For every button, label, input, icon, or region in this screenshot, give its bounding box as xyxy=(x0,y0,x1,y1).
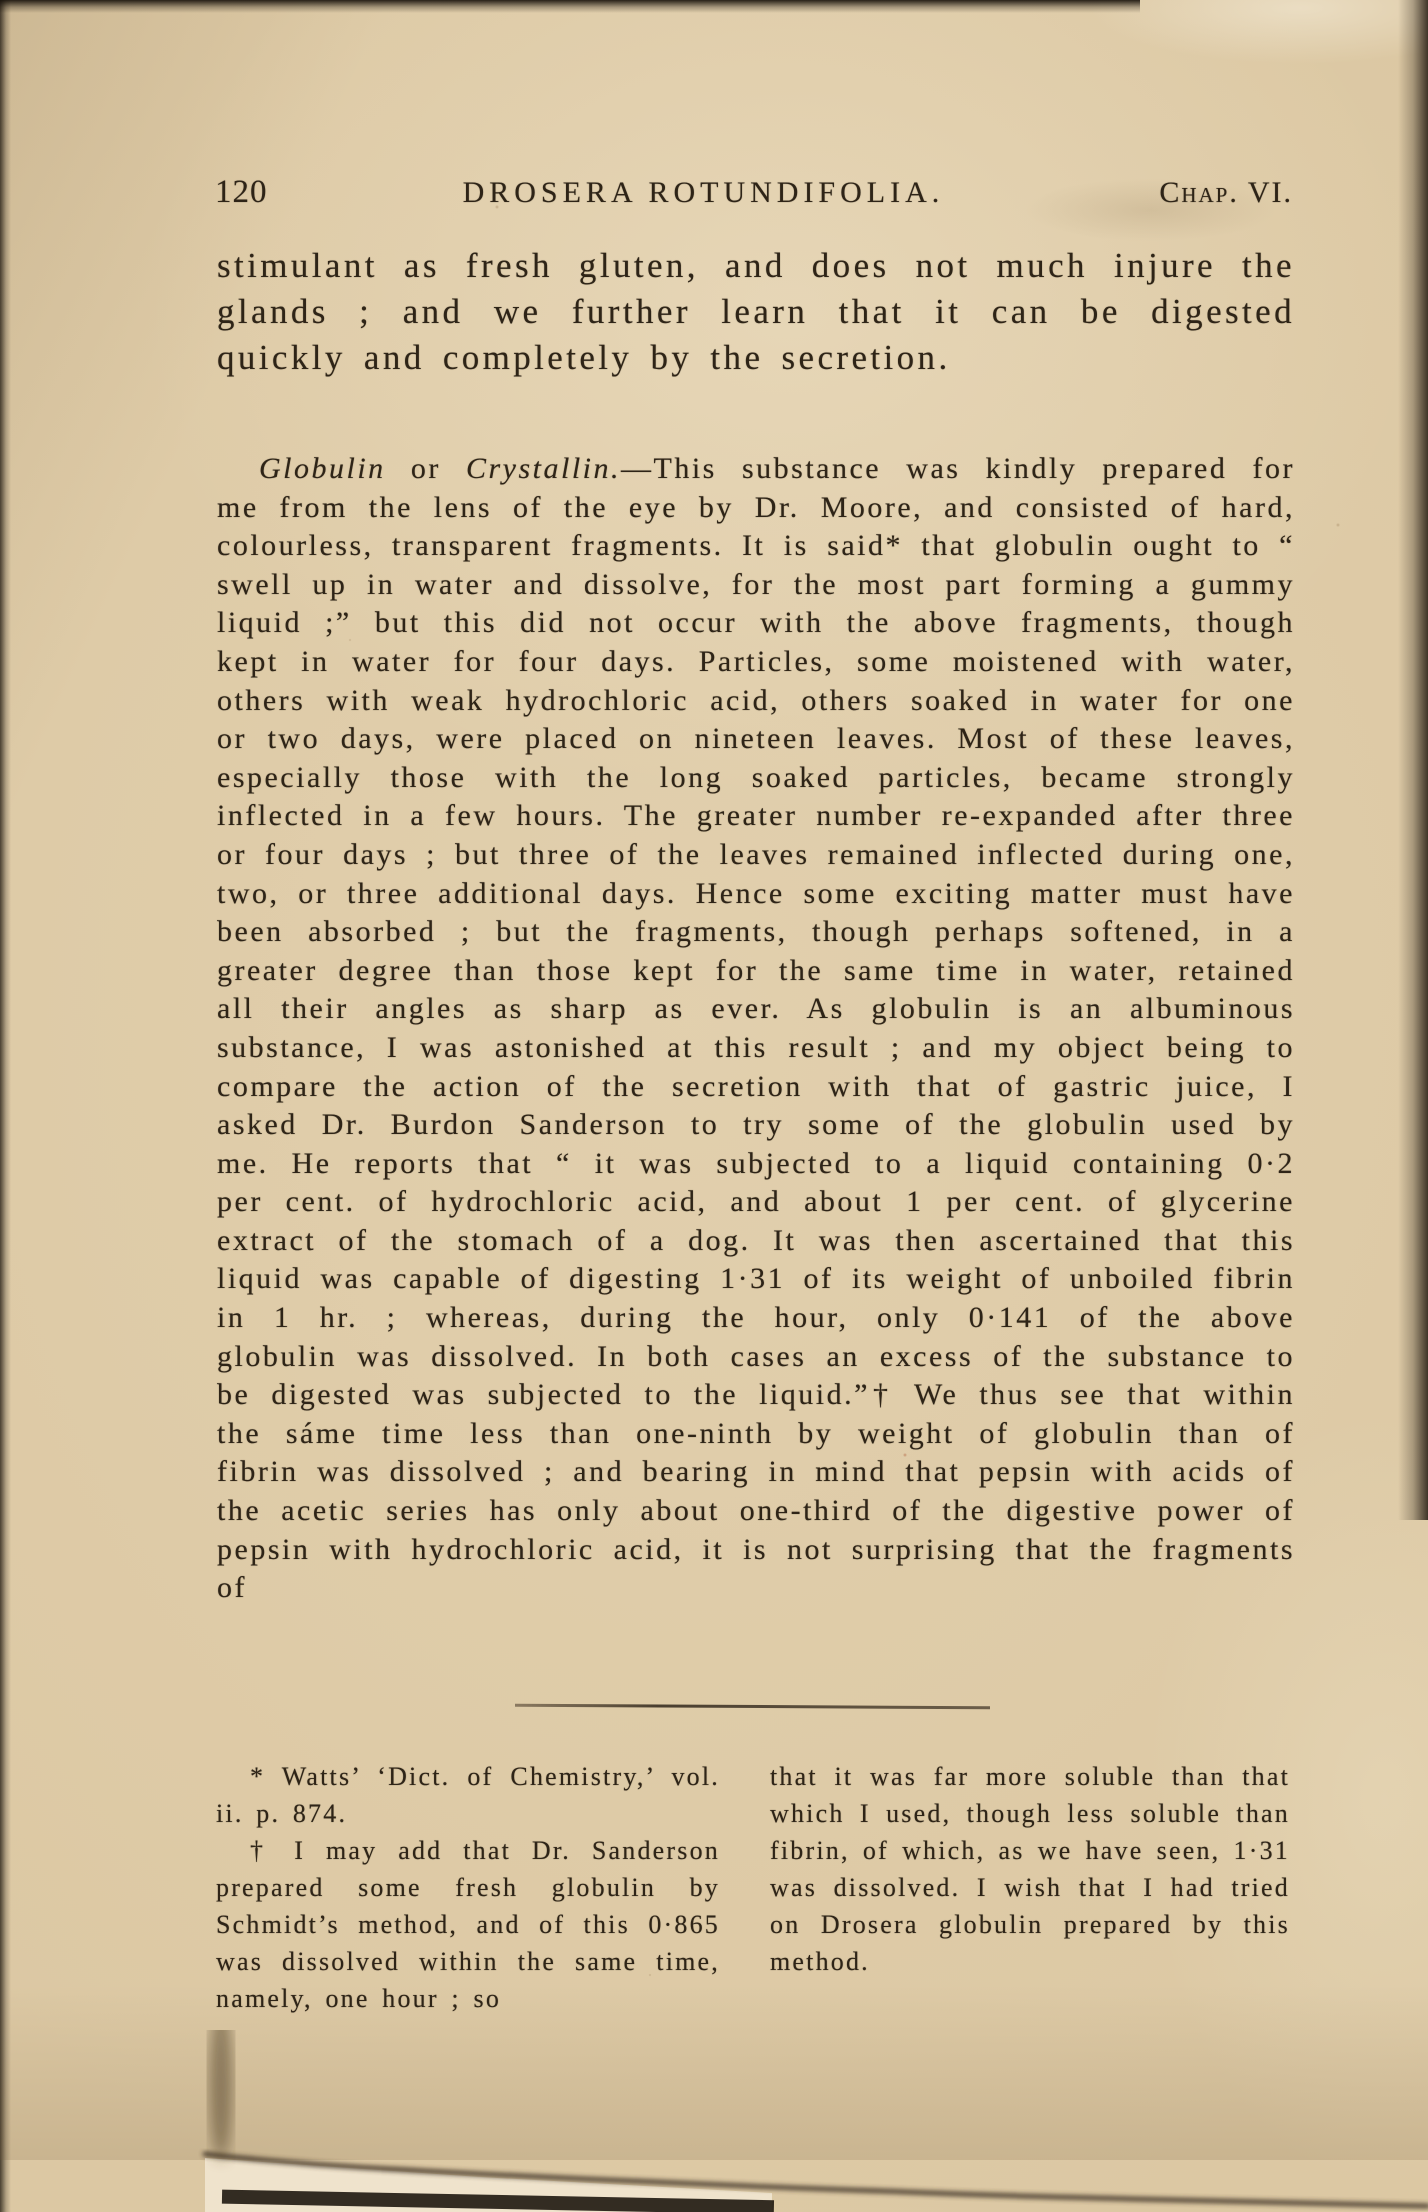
footnote-dagger-continued: that it was far more soluble than that w… xyxy=(770,1758,1290,1980)
scanned-book-page: 120 DROSERA ROTUNDIFOLIA. Chap. VI. stim… xyxy=(0,0,1428,2212)
intro-paragraph: stimulant as fresh gluten, and does not … xyxy=(217,243,1295,381)
main-paragraph: Globulin or Crystallin.—This substance w… xyxy=(217,450,1295,1608)
main-paragraph-body: —This substance was kindly prepared for … xyxy=(217,452,1295,1604)
page-bottom-edge xyxy=(0,2030,1428,2212)
footnotes-left-column: * Watts’ ‘Dict. of Chemistry,’ vol. ii. … xyxy=(216,1758,720,2017)
footnote-divider-rule xyxy=(515,1704,990,1709)
scan-edge-left xyxy=(0,0,11,2212)
running-title: DROSERA ROTUNDIFOLIA. xyxy=(463,178,945,208)
term-crystallin: Crystallin. xyxy=(466,452,621,485)
term-connector: or xyxy=(386,452,466,485)
scan-edge-right xyxy=(1398,0,1428,1520)
footnote-star: * Watts’ ‘Dict. of Chemistry,’ vol. ii. … xyxy=(216,1758,720,1832)
page-header: 120 DROSERA ROTUNDIFOLIA. Chap. VI. xyxy=(215,176,1293,209)
page-number: 120 xyxy=(215,176,268,209)
chapter-label: Chap. VI. xyxy=(1159,178,1293,208)
footnotes-right-column: that it was far more soluble than that w… xyxy=(770,1758,1290,1980)
fold-shadow-smudge xyxy=(209,2030,233,2160)
scan-edge-top xyxy=(0,0,1140,13)
term-globulin: Globulin xyxy=(259,452,386,485)
footnote-dagger: † I may add that Dr. Sanderson prepared … xyxy=(216,1832,720,2017)
